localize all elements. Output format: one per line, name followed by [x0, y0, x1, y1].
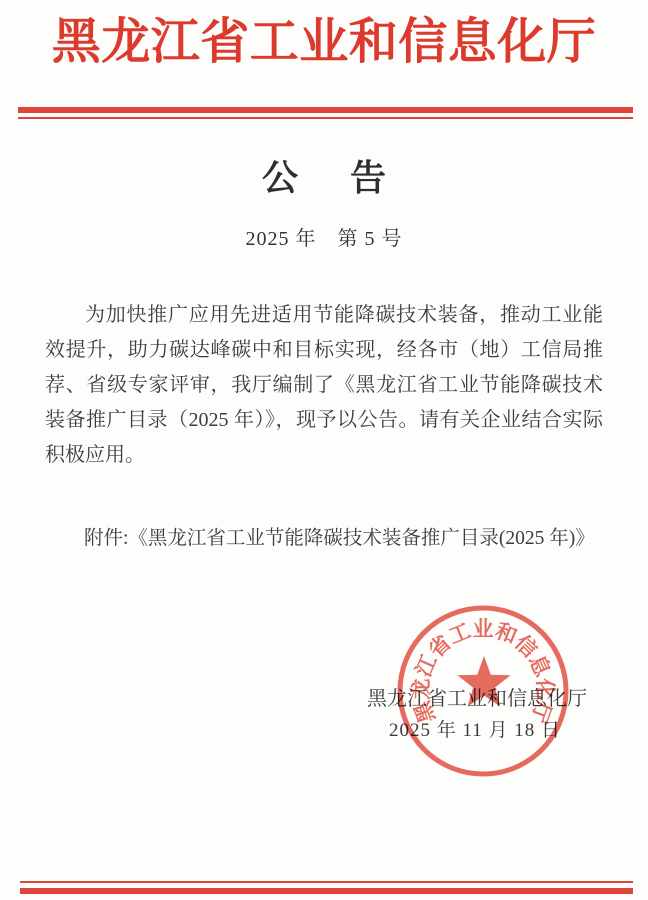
- footer-divider: [20, 881, 633, 894]
- header-divider: [18, 107, 633, 119]
- seal-character: 龙: [409, 678, 434, 700]
- issue-number: 2025 年 第 5 号: [0, 224, 648, 254]
- official-seal: 黑龙江省工业和信息化厅: [395, 603, 571, 779]
- seal-character: 化: [533, 677, 558, 700]
- announcement-body: 为加快推广应用先进适用节能降碳技术装备，推动工业能效提升，助力碳达峰碳中和目标实…: [45, 298, 603, 473]
- footer-divider-thick-line: [20, 888, 633, 894]
- body-text-line: 效提升，助力碳达峰碳中和目标实现，经各市（地）工信局推: [45, 333, 603, 368]
- seal-character: 业: [473, 617, 494, 641]
- attachment-line: 附件:《黑龙江省工业节能降碳技术装备推广目录(2025 年)》: [45, 522, 612, 555]
- agency-letterhead-title: 黑龙江省工业和信息化厅: [0, 9, 648, 75]
- body-text-line: 装备推广目录（2025 年）》，现予以公告。请有关企业结合实际: [45, 403, 603, 438]
- announcement-page: 黑龙江省工业和信息化厅 公 告 2025 年 第 5 号 为加快推广应用先进适用…: [0, 0, 648, 900]
- body-text-line: 荐、省级专家评审，我厅编制了《黑龙江省工业节能降碳技术: [45, 368, 603, 403]
- seal-character: 黑: [410, 697, 440, 726]
- document-title: 公 告: [0, 154, 648, 202]
- seal-star-icon: [457, 656, 510, 707]
- seal-character: 厅: [526, 697, 556, 726]
- footer-divider-thin-line: [20, 881, 633, 883]
- header-divider-thick-line: [18, 107, 633, 113]
- body-text-line: 积极应用。: [45, 438, 603, 473]
- body-text-line: 为加快推广应用先进适用节能降碳技术装备，推动工业能: [45, 298, 603, 333]
- header-divider-thin-line: [18, 117, 633, 119]
- seal-graphic: 黑龙江省工业和信息化厅: [395, 603, 571, 779]
